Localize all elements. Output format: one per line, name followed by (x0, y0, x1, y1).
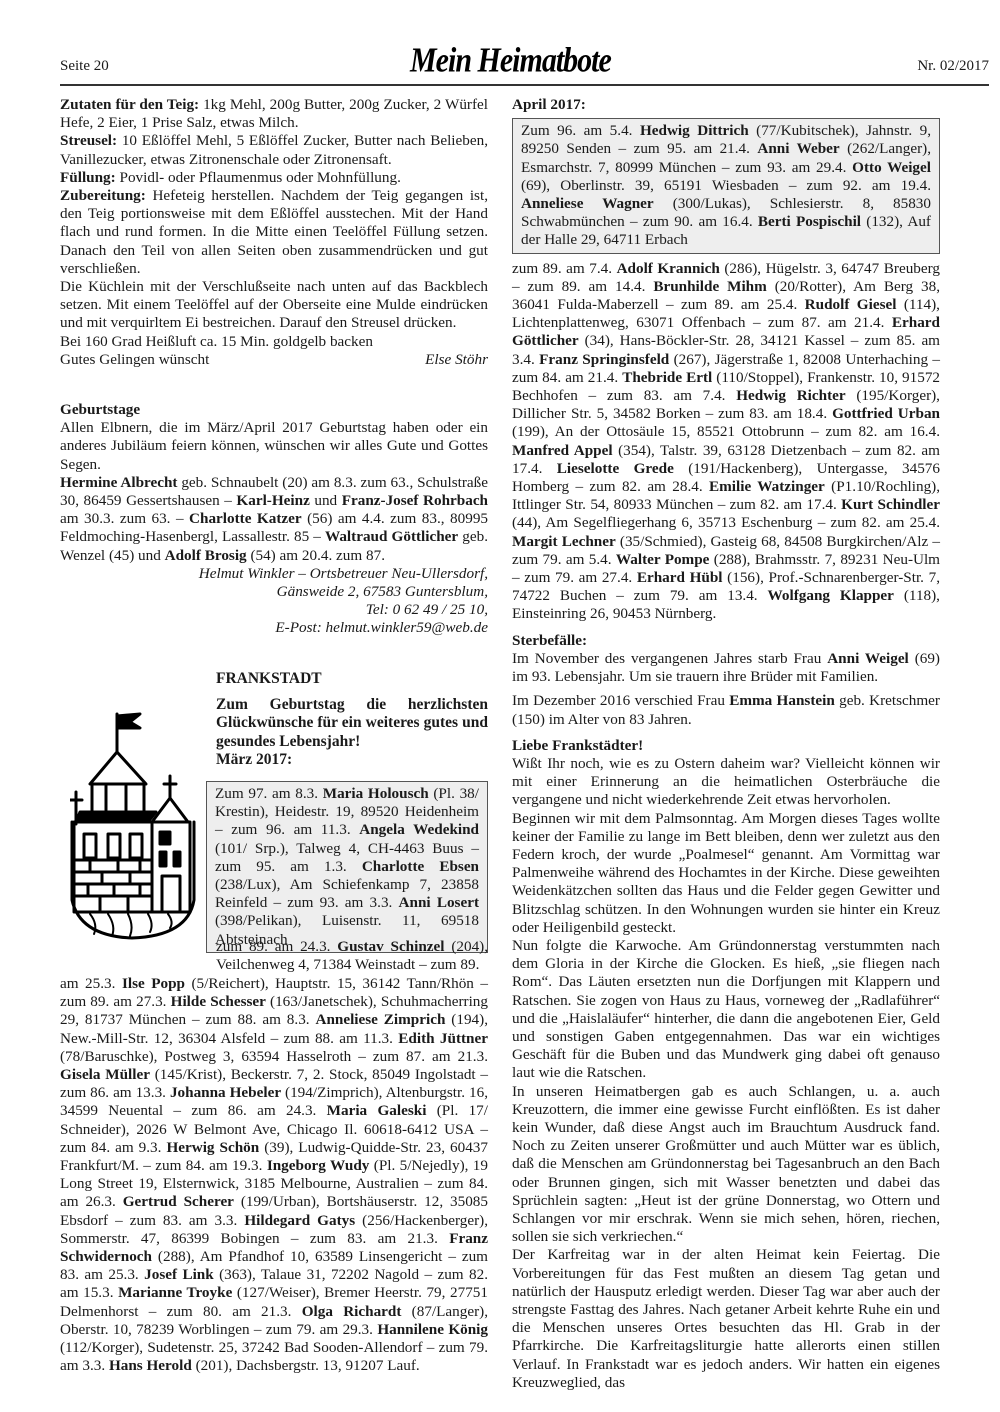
obituary-item: Im November des vergangenen Jahres starb… (512, 650, 940, 686)
contact-signature: Helmut Winkler – Ortsbetreuer Neu-Ullers… (60, 565, 488, 638)
person-name: Thebride Ertl (622, 369, 712, 386)
person-name: Hildegard Gatys (244, 1212, 355, 1229)
april-birthdays-list: zum 89. am 7.4. Adolf Krannich (286), Hü… (512, 260, 940, 624)
frankstadt-greeting: Zum Geburtstag die herzlichsten Glückwün… (216, 696, 488, 769)
april-highlight-box: Zum 96. am 5.4. Hedwig Dittrich (77/Kubi… (512, 118, 940, 253)
signature-line: Helmut Winkler – Ortsbetreuer Neu-Ullers… (60, 565, 488, 583)
person-name: Hedwig Richter (736, 387, 845, 404)
person-name: Edith Jüttner (398, 1030, 488, 1047)
person-name: Hilde Schesser (171, 993, 266, 1010)
april-heading: April 2017: (512, 96, 940, 114)
person-name: Streusel: (60, 132, 117, 149)
person-name: Charlotte Ebsen (362, 858, 479, 875)
person-name: Walter Pompe (616, 551, 710, 568)
march-heading: März 2017: (216, 751, 488, 769)
recipe-section: Zutaten für den Teig: 1kg Mehl, 200g But… (60, 96, 488, 369)
person-name: Herwig Schön (166, 1139, 259, 1156)
recipe-closing: Gutes Gelingen wünscht (60, 351, 209, 369)
person-name: Gisela Müller (60, 1066, 150, 1083)
article-paragraph: Beginnen wir mit dem Palmsonntag. Am Mor… (512, 810, 940, 937)
recipe-paragraph: Zubereitung: Hefeteig herstellen. Nachde… (60, 187, 488, 278)
deaths-section: Sterbefälle: Im November des vergangenen… (512, 632, 940, 729)
person-name: Hedwig Dittrich (640, 122, 749, 139)
article-paragraph: In unseren Heimatbergen gab es auch Schl… (512, 1083, 940, 1247)
person-name: Füllung: (60, 169, 116, 186)
person-name: Anni Weigel (827, 650, 909, 667)
easter-article: Liebe Frankstädter! Wißt Ihr noch, wie e… (512, 737, 940, 1392)
person-name: Margit Lechner (512, 533, 616, 550)
person-name: Emilie Watzinger (709, 478, 825, 495)
person-name: Gustav Schinzel (337, 938, 444, 955)
person-name: Anneliese Wagner (521, 195, 654, 212)
article-paragraph: Wißt Ihr noch, wie es zu Ostern daheim w… (512, 755, 940, 810)
person-name: Anni Losert (399, 894, 479, 911)
person-name: Lieselotte Grede (557, 460, 674, 477)
person-name: Berti Pospischil (758, 213, 861, 230)
article-paragraph: Nun folgte die Karwoche. Am Gründonnerst… (512, 937, 940, 1083)
recipe-paragraph: Füllung: Povidl- oder Pflaumenmus oder M… (60, 169, 488, 187)
person-name: Olga Richardt (302, 1303, 402, 1320)
person-name: Maria Galeski (327, 1102, 427, 1119)
person-name: Anneliese Zimprich (315, 1011, 445, 1028)
person-name: Josef Link (144, 1266, 214, 1283)
person-name: Hermine Albrecht (60, 474, 177, 491)
person-name: Angela Wedekind (359, 821, 479, 838)
person-name: Brunhilde Mihm (653, 278, 766, 295)
signature-email: E-Post: helmut.winkler59@web.de (60, 619, 488, 637)
greeting-text: Zum Geburtstag die herzlichsten Glückwün… (216, 696, 488, 751)
person-name: Waltraud Göttlicher (325, 528, 458, 545)
person-name: Ilse Popp (122, 975, 185, 992)
person-name: Franz Schwidernoch (60, 1230, 488, 1265)
section-heading: Geburtstage (60, 401, 488, 419)
page-number: Seite 20 (60, 58, 109, 75)
person-name: Gottfried Urban (832, 405, 940, 422)
recipe-paragraph: Bei 160 Grad Heißluft ca. 15 Min. goldge… (60, 333, 488, 351)
frankstadt-castle-crest-icon (70, 700, 200, 940)
person-name: Adolf Krannich (617, 260, 720, 277)
issue-number: Nr. 02/2017 (917, 58, 989, 75)
person-name: Maria Holousch (323, 785, 429, 802)
march-highlight-box: Zum 97. am 8.3. Maria Holousch (Pl. 38/ … (206, 781, 488, 953)
person-name: Wolfgang Klapper (768, 587, 894, 604)
left-column: Zutaten für den Teig: 1kg Mehl, 200g But… (60, 96, 488, 638)
masthead-logo: Mein Heimatbote (410, 41, 611, 80)
person-name: Anni Weber (757, 140, 839, 157)
person-name: Marianne Troyke (118, 1284, 232, 1301)
article-paragraph: Der Karfreitag war in der alten Heimat k… (512, 1246, 940, 1392)
birthdays-intro: Allen Elbnern, die im März/April 2017 Ge… (60, 419, 488, 474)
person-name: Franz Springinsfeld (539, 351, 669, 368)
person-name: Franz-Josef Rohrbach (342, 492, 488, 509)
person-name: Rudolf Giesel (805, 296, 897, 313)
person-name: Kurt Schindler (841, 496, 940, 513)
person-name: Otto Weigel (852, 159, 931, 176)
birthdays-section: Geburtstage Allen Elbnern, die im März/A… (60, 401, 488, 638)
recipe-signoff: Gutes Gelingen wünscht Else Stöhr (60, 351, 488, 369)
section-heading: Sterbefälle: (512, 632, 940, 650)
person-name: Johanna Hebeler (170, 1084, 281, 1101)
page-header: Seite 20 Mein Heimatbote Nr. 02/2017 (60, 44, 989, 86)
person-name: Zubereitung: (60, 187, 146, 204)
march-birthdays-list: am 25.3. Ilse Popp (5/Reichert), Hauptst… (60, 975, 488, 1375)
person-name: Adolf Brosig (165, 547, 247, 564)
header-divider (60, 84, 989, 86)
birthdays-entries: Hermine Albrecht geb. Schnaubelt (20) am… (60, 474, 488, 565)
person-name: Erhard Göttlicher (512, 314, 940, 349)
person-name: Karl-Heinz (236, 492, 309, 509)
recipe-paragraph: Die Küchlein mit der Verschlußseite nach… (60, 278, 488, 333)
section-title: FRANKSTADT (216, 670, 322, 688)
signature-line: Gänsweide 2, 67583 Guntersblum, (60, 583, 488, 601)
newspaper-page: Seite 20 Mein Heimatbote Nr. 02/2017 Zut… (0, 0, 1000, 1412)
recipe-author: Else Stöhr (425, 351, 488, 369)
person-name: Emma Hanstein (729, 692, 835, 709)
person-name: Hannilene König (377, 1321, 488, 1338)
obituary-item: Im Dezember 2016 verschied Frau Emma Han… (512, 692, 940, 728)
right-column: April 2017: Zum 96. am 5.4. Hedwig Dittr… (512, 96, 940, 1392)
article-heading: Liebe Frankstädter! (512, 737, 940, 755)
person-name: Ingeborg Wudy (267, 1157, 370, 1174)
person-name: Manfred Appel (512, 442, 613, 459)
person-name: Hans Herold (109, 1357, 192, 1374)
person-name: Zutaten für den Teig: (60, 96, 199, 113)
recipe-paragraph: Streusel: 10 Eßlöffel Mehl, 5 Eßlöffel Z… (60, 132, 488, 168)
person-name: Gertrud Scherer (123, 1193, 234, 1210)
signature-line: Tel: 0 62 49 / 25 10, (60, 601, 488, 619)
person-name: Charlotte Katzer (189, 510, 302, 527)
march-birthdays-continued: zum 89. am 24.3. Gustav Schinzel (204), … (216, 938, 488, 974)
recipe-paragraph: Zutaten für den Teig: 1kg Mehl, 200g But… (60, 96, 488, 132)
person-name: Erhard Hübl (637, 569, 723, 586)
